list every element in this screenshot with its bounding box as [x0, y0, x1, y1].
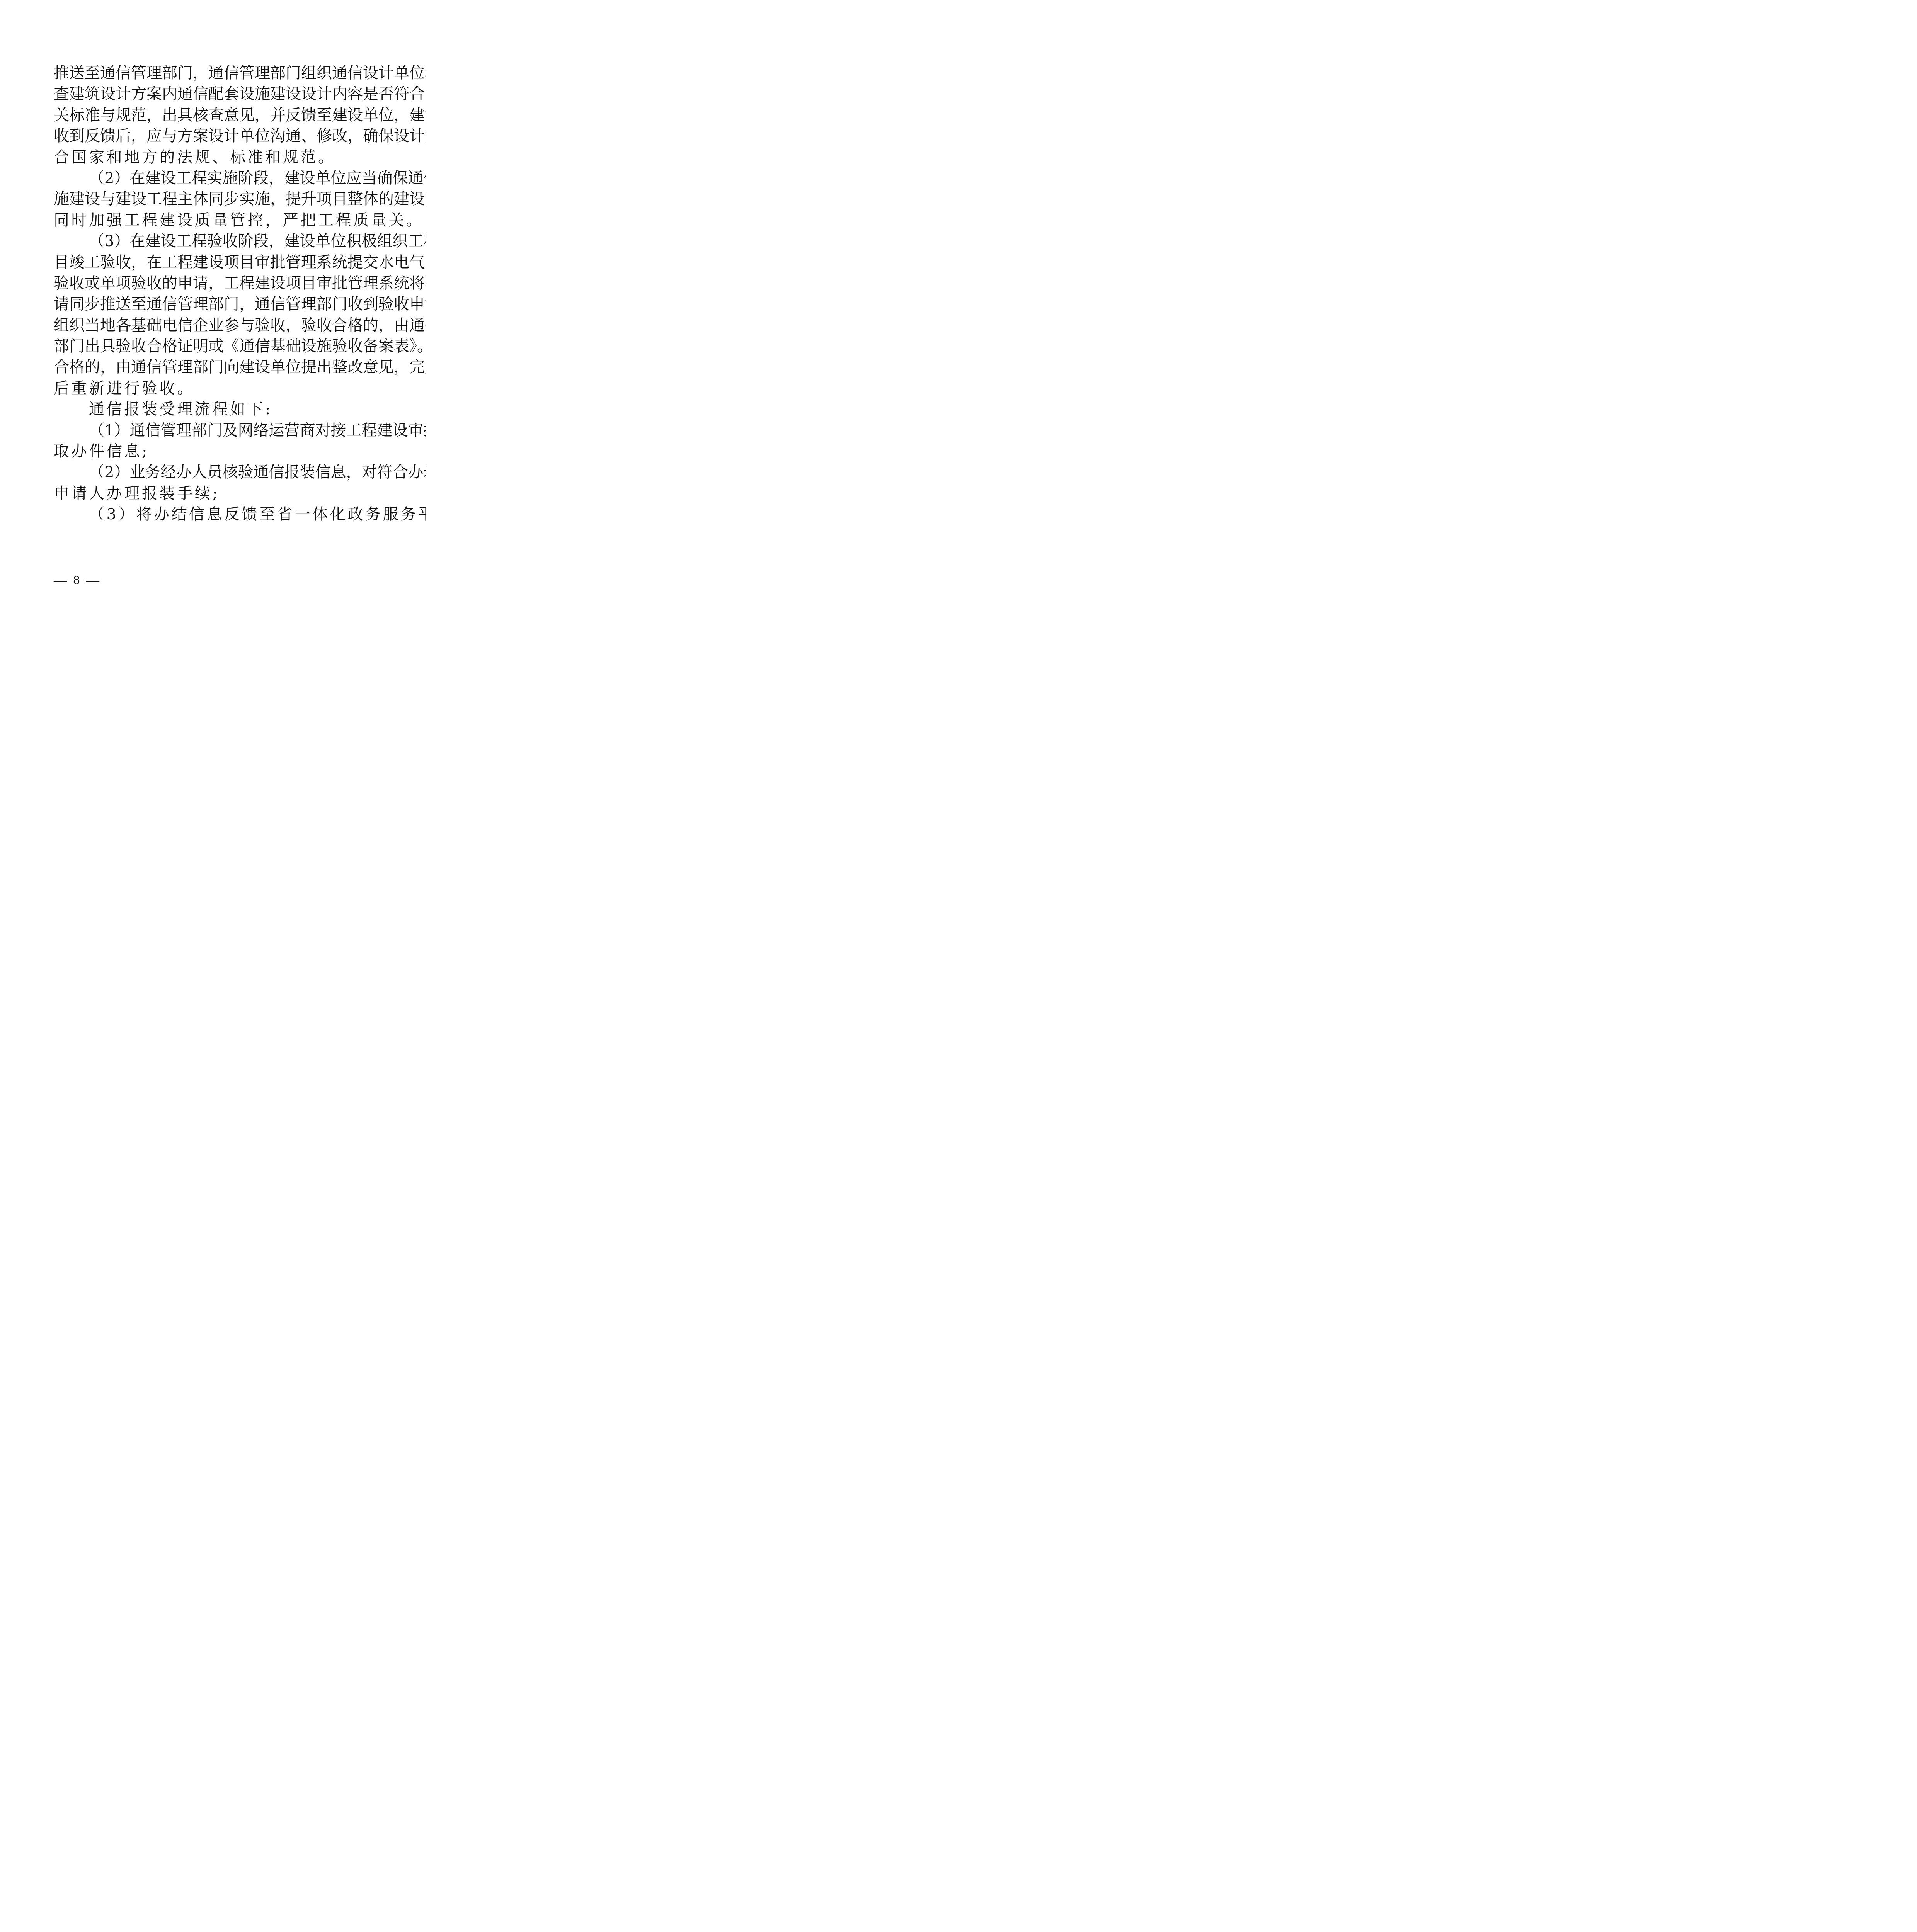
- text-line: 推送至通信管理部门，通信管理部门组织通信设计单位积极核: [54, 63, 372, 83]
- page-number: — 8 —: [54, 573, 101, 588]
- text-line: 通信报装受理流程如下:: [54, 399, 372, 420]
- text-line: 查建筑设计方案内通信配套设施建设设计内容是否符合国家相: [54, 83, 372, 104]
- text-line: （2）业务经办人员核验通信报装信息，对符合办理条件的: [54, 462, 372, 483]
- text-line: （2）在建设工程实施阶段，建设单位应当确保通信配套设: [54, 168, 372, 189]
- text-line: 后重新进行验收。: [54, 378, 372, 399]
- text-line: 关标准与规范，出具核查意见，并反馈至建设单位，建设单位: [54, 105, 372, 126]
- text-line: （3）将办结信息反馈至省一体化政务服务平台。: [54, 504, 372, 525]
- body-text: 推送至通信管理部门，通信管理部门组织通信设计单位积极核 查建筑设计方案内通信配套…: [54, 63, 372, 525]
- text-line: 组织当地各基础电信企业参与验收，验收合格的，由通信管理: [54, 315, 372, 336]
- text-line: 部门出具验收合格证明或《通信基础设施验收备案表》。验收不: [54, 336, 372, 357]
- text-line: 同时加强工程建设质量管控，严把工程质量关。: [54, 210, 372, 231]
- text-line: 合国家和地方的法规、标准和规范。: [54, 147, 372, 168]
- text-line: 收到反馈后，应与方案设计单位沟通、修改，确保设计方案符: [54, 126, 372, 146]
- text-line: 合格的，由通信管理部门向建设单位提出整改意见，完成整改: [54, 357, 372, 378]
- text-line: （3）在建设工程验收阶段，建设单位积极组织工程建设项: [54, 231, 372, 252]
- text-line: 验收或单项验收的申请，工程建设项目审批管理系统将验收申: [54, 273, 372, 294]
- text-line: 取办件信息;: [54, 441, 372, 462]
- text-line: （1）通信管理部门及网络运营商对接工程建设审批系统获: [54, 420, 372, 441]
- text-line: 申请人办理报装手续;: [54, 483, 372, 504]
- text-line: 目竣工验收，在工程建设项目审批管理系统提交水电气网联合: [54, 252, 372, 273]
- text-line: 施建设与建设工程主体同步实施，提升项目整体的建设能力，: [54, 189, 372, 209]
- document-page: 推送至通信管理部门，通信管理部门组织通信设计单位积极核 查建筑设计方案内通信配套…: [0, 0, 426, 602]
- text-line: 请同步推送至通信管理部门，通信管理部门收到验收申请后，: [54, 294, 372, 315]
